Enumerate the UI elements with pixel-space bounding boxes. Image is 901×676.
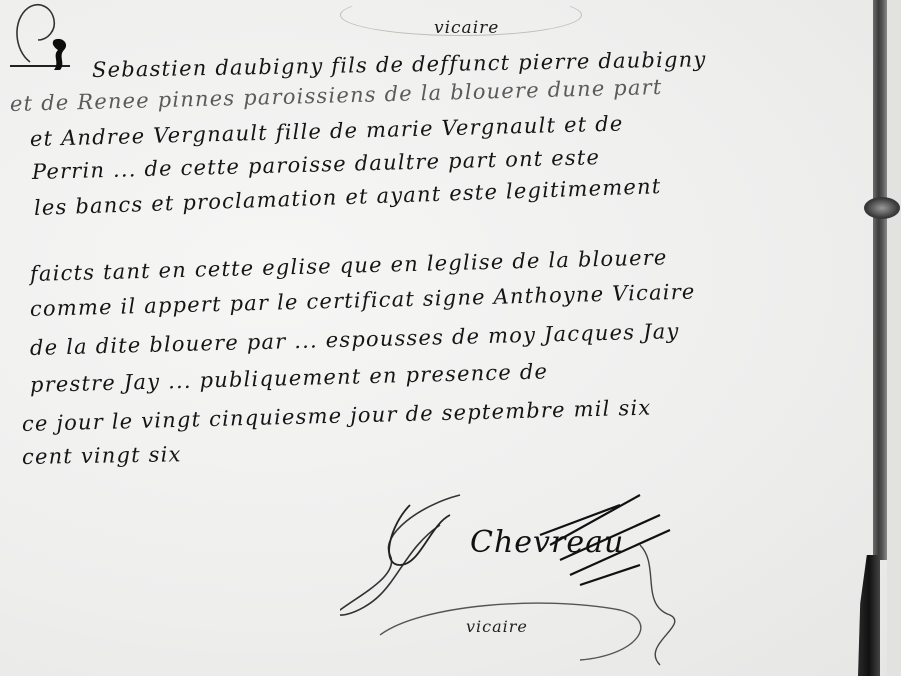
signature-flourish-icon (340, 485, 760, 675)
initial-cross-mark-icon (8, 0, 78, 70)
page-binding-edge (873, 0, 887, 560)
text-line-7: comme il appert par le certificat signe … (30, 280, 696, 321)
text-line-9: prestre Jay ... publiquement en presence… (30, 359, 549, 397)
text-line-10: ce jour le vingt cinquiesme jour de sept… (22, 396, 652, 436)
text-line-3: et Andree Vergnault fille de marie Vergn… (30, 111, 624, 151)
page-binding-torn-edge (858, 555, 880, 676)
signature-title: vicaire (466, 617, 528, 636)
text-line-4: Perrin ... de cette paroisse daultre par… (32, 145, 601, 184)
signature-name: Chevreau (470, 525, 624, 560)
text-line-6: faicts tant en cette eglise que en legli… (30, 245, 668, 286)
manuscript-page: vicaire Sebastien daubigny fils de deffu… (0, 0, 901, 676)
next-page-margin (887, 0, 901, 676)
text-line-8: de la dite blouere par ... espousses de … (30, 319, 680, 360)
binding-thread-knot-icon (864, 197, 900, 219)
text-line-11: cent vingt six (22, 442, 182, 469)
header-title: vicaire (434, 18, 499, 38)
